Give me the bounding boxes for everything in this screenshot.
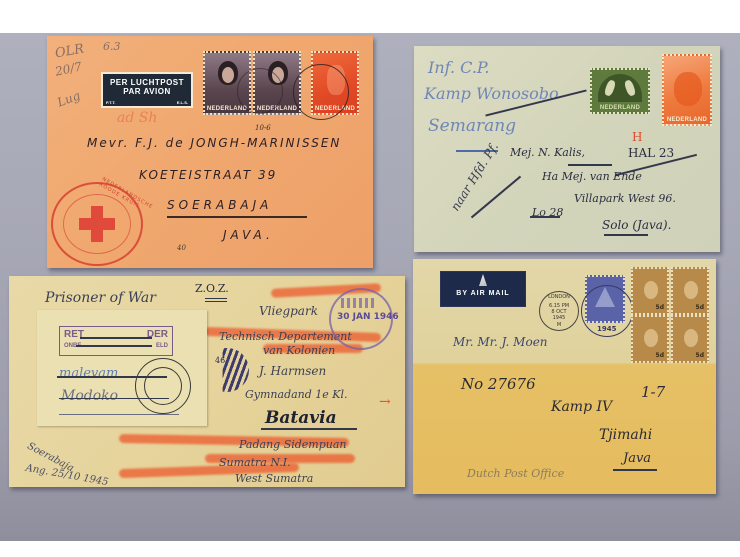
crossed-code: HAL 23 — [628, 146, 674, 160]
return-to-sender-slip: RET DER ONBE ELD malevam Modoko — [37, 310, 207, 426]
envelope-top-left: OLR 20/7 6.3 Lug PER LUCHTPOST PAR AVION… — [47, 36, 373, 268]
small-mark: 40 — [177, 244, 186, 252]
address-line: Mr. Mr. J. Moen — [453, 335, 548, 349]
postmark — [293, 64, 349, 120]
address-line: No 27676 — [461, 375, 536, 393]
address-line: KOETEISTRAAT 39 — [139, 168, 277, 182]
wing-icon — [479, 274, 487, 286]
address-line: Ha Mej. van Ende — [542, 170, 642, 183]
king-head — [644, 329, 658, 347]
crossed-note: Semarang — [428, 116, 516, 136]
red-arrow-icon: → — [379, 394, 391, 410]
address-line: Kamp IV — [551, 399, 612, 415]
stamp-value: 5d — [696, 304, 704, 311]
strike-line — [80, 337, 152, 339]
zoz-note: Z.O.Z. — [195, 282, 229, 295]
airmail-label-text: BY AIR MAIL — [441, 290, 525, 297]
address-line: West Sumatra — [235, 472, 313, 485]
red-cross-postmark: NEDERLANDSCHE ROODE KRUIS — [51, 182, 143, 266]
envelope-bottom-left: Z.O.Z. Prisoner of War Vliegpark Technis… — [9, 276, 405, 487]
underline — [613, 469, 657, 471]
address-underline — [167, 216, 307, 218]
stamp-value: 5d — [656, 304, 664, 311]
lion-icon — [674, 72, 702, 106]
stamp-value: 5d — [696, 352, 704, 359]
underline — [261, 428, 357, 430]
red-mark: ad Sh — [117, 110, 157, 126]
address-line: Vliegpark — [259, 304, 318, 318]
strike-line — [76, 345, 152, 347]
address-line: JAVA. — [223, 228, 274, 242]
black-postmark — [135, 358, 191, 414]
black-postmark-inner — [144, 367, 182, 405]
header-note: Prisoner of War — [45, 290, 156, 306]
address-line: SOERABAJA — [167, 198, 272, 212]
airmail-label-line1: PER LUCHTPOST — [103, 78, 191, 87]
stamp-horses: NEDERLAND — [590, 68, 650, 114]
postmark-year: 1945 — [597, 325, 616, 333]
return-label-sub-end: ELD — [156, 343, 168, 349]
address-line: Gymnadand 1e Kl. — [245, 388, 348, 401]
pencil-scribble: Lug — [55, 88, 82, 109]
stamp-lion: NEDERLAND — [662, 54, 712, 126]
postmark-year: 1945 — [540, 315, 578, 321]
footer-note: Dutch Post Office — [467, 467, 564, 480]
pencil-note: 20/7 — [54, 59, 83, 78]
envelope-top-right: Inf. C.P. Kamp Wonosobo Semarang NEDERLA… — [414, 46, 720, 252]
stamp-king-george: 5d — [631, 315, 669, 363]
address-line: Java — [623, 451, 651, 466]
address-city: Batavia — [265, 408, 337, 428]
return-to-sender-box: RET DER ONBE ELD — [59, 326, 173, 356]
airmail-label-small: E.L.S. — [177, 100, 188, 105]
underline — [568, 164, 612, 166]
address-line: Villapark West 96. — [574, 192, 676, 205]
airmail-label: PER LUCHTPOST PAR AVION P.T.T. E.L.S. — [101, 72, 193, 108]
stamp-king-george: 5d — [671, 267, 709, 315]
postmark-fragment: 46 — [215, 356, 225, 365]
underline — [205, 301, 227, 302]
crossed-note: Inf. C.P. — [428, 58, 490, 77]
pencil-note: OLR — [54, 42, 85, 62]
pencil-note: 6.3 — [103, 40, 121, 53]
strike-line — [530, 216, 560, 218]
stamp-country: NEDERLAND — [664, 117, 710, 123]
postmark-letter: M — [540, 322, 578, 328]
postmark — [237, 68, 283, 114]
purple-postmark: 30 JAN 1946 — [329, 288, 393, 350]
airmail-label-small: P.T.T. — [106, 100, 116, 105]
side-mark: 1-7 — [641, 383, 665, 401]
line — [59, 414, 179, 415]
london-postmark: LONDON 6.15 PM 8 OCT 1945 M — [539, 291, 579, 331]
portrait-face — [222, 67, 234, 83]
address-line: Sumatra N.I. — [219, 456, 291, 469]
underline — [205, 298, 227, 299]
postmark-bars — [341, 298, 377, 308]
postmark-fragment: 10-6 — [255, 124, 271, 132]
underline — [604, 234, 648, 236]
address-line: van Kolonien — [263, 344, 335, 357]
red-cross-icon — [79, 218, 115, 230]
address-line: J. Harmsen — [259, 364, 326, 378]
king-head — [644, 281, 658, 299]
red-mark: H — [632, 130, 642, 144]
airmail-label: BY AIR MAIL — [440, 271, 526, 307]
airmail-label-line2: PAR AVION — [103, 87, 191, 96]
address-line: Tjimahi — [599, 427, 652, 443]
photo-background: OLR 20/7 6.3 Lug PER LUCHTPOST PAR AVION… — [0, 33, 740, 541]
envelope-bottom-right: BY AIR MAIL LONDON 6.15 PM 8 OCT 1945 M … — [413, 259, 716, 494]
king-head — [684, 281, 698, 299]
stamp-country: NEDERLAND — [592, 105, 648, 111]
address-line: Mej. N. Kalis, — [510, 146, 585, 159]
blue-postmark — [205, 348, 249, 392]
postmark-city: LONDON — [540, 294, 578, 300]
crossed-note: malevam — [59, 366, 118, 381]
stamp-value: 5d — [656, 352, 664, 359]
postmark-date: 30 JAN 1946 — [337, 312, 399, 322]
crossed-note: Modoko — [61, 388, 118, 404]
stamp-king-george: 5d — [631, 267, 669, 315]
address-line: Mevr. F.J. de JONGH-MARINISSEN — [87, 136, 341, 150]
stamp-king-george: 5d — [671, 315, 709, 363]
address-line: Solo (Java). — [602, 218, 671, 232]
king-head — [684, 329, 698, 347]
address-line: Padang Sidempuan — [239, 438, 347, 451]
